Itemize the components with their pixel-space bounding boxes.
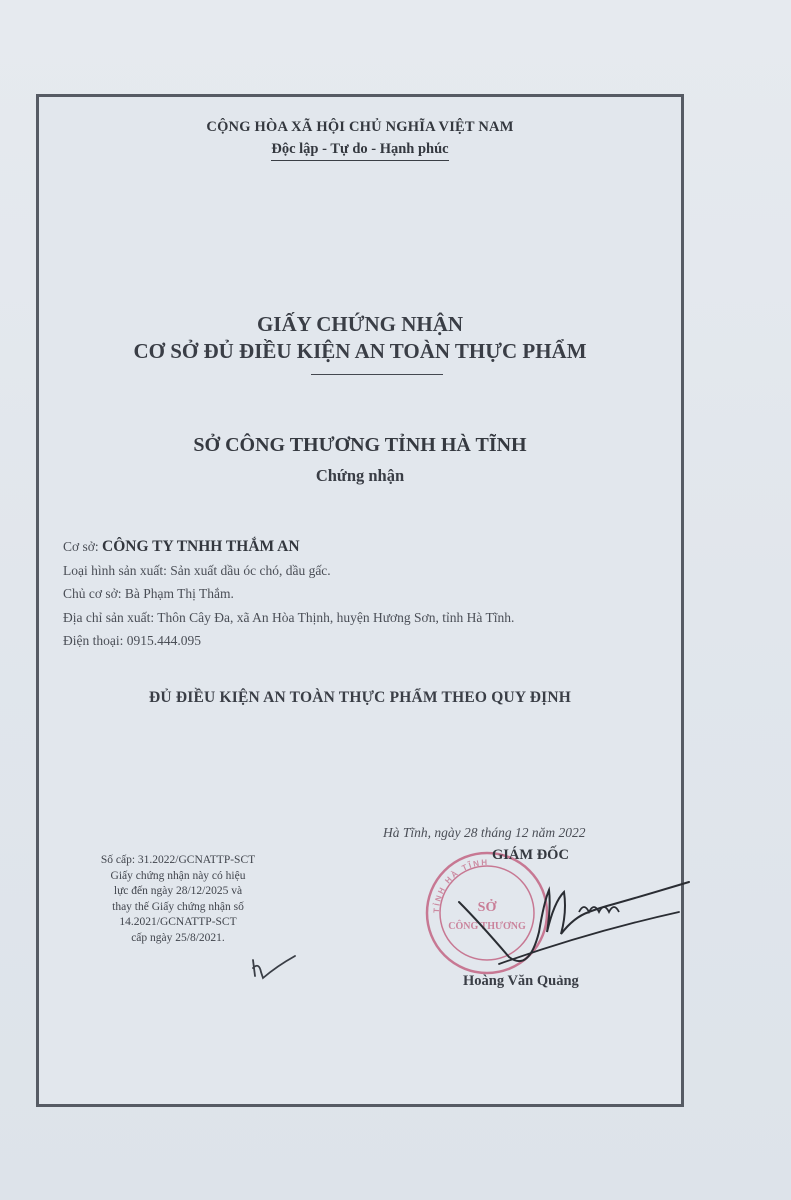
facility-info: Cơ sở: CÔNG TY TNHH THẮM AN Loại hình sả…: [63, 535, 683, 653]
issuance-number: Số cấp: 31.2022/GCNATTP-SCT: [63, 853, 293, 869]
address-row: Địa chỉ sản xuất: Thôn Cây Đa, xã An Hòa…: [63, 606, 683, 630]
director-signature-icon: [439, 862, 699, 972]
national-name: CỘNG HÒA XÃ HỘI CHỦ NGHĨA VIỆT NAM: [39, 119, 681, 136]
phone-row: Điện thoại: 0915.444.095: [63, 629, 683, 653]
signer-name: Hoàng Văn Quảng: [463, 973, 579, 990]
validity-line-2: lực đến ngày 28/12/2025 và: [63, 884, 293, 900]
facility-name-label: Cơ sở:: [63, 539, 99, 554]
production-type-label: Loại hình sản xuất:: [63, 563, 167, 578]
certificate-title-line2: CƠ SỞ ĐỦ ĐIỀU KIỆN AN TOÀN THỰC PHẨM: [39, 338, 681, 365]
issuing-department: SỞ CÔNG THƯƠNG TỈNH HÀ TĨNH: [39, 434, 681, 457]
owner-value: Bà Phạm Thị Thắm.: [125, 586, 234, 601]
production-type-value: Sản xuất dầu óc chó, dầu gấc.: [170, 563, 330, 578]
phone-label: Điện thoại:: [63, 633, 123, 648]
validity-line-1: Giấy chứng nhận này có hiệu: [63, 869, 293, 885]
address-value: Thôn Cây Đa, xã An Hòa Thịnh, huyện Hươn…: [157, 610, 514, 625]
phone-value: 0915.444.095: [127, 633, 201, 648]
facility-name-row: Cơ sở: CÔNG TY TNHH THẮM AN: [63, 535, 683, 559]
replacement-line-2: 14.2021/GCNATTP-SCT: [63, 915, 293, 931]
owner-row: Chủ cơ sở: Bà Phạm Thị Thắm.: [63, 582, 683, 606]
title-divider: [311, 374, 443, 375]
replacement-line-1: thay thế Giấy chứng nhận số: [63, 900, 293, 916]
production-type-row: Loại hình sản xuất: Sản xuất dầu óc chó,…: [63, 559, 683, 583]
certificate-title-line1: GIẤY CHỨNG NHẬN: [39, 311, 681, 338]
certifies-label: Chứng nhận: [39, 466, 681, 486]
certificate-title: GIẤY CHỨNG NHẬN CƠ SỞ ĐỦ ĐIỀU KIỆN AN TO…: [39, 311, 681, 365]
certificate-frame: CỘNG HÒA XÃ HỘI CHỦ NGHĨA VIỆT NAM Độc l…: [36, 94, 684, 1107]
address-label: Địa chỉ sản xuất:: [63, 610, 154, 625]
place-and-date: Hà Tĩnh, ngày 28 tháng 12 năm 2022: [383, 825, 586, 841]
facility-name-value: CÔNG TY TNHH THẮM AN: [102, 538, 300, 555]
owner-label: Chủ cơ sở:: [63, 586, 122, 601]
replacement-line-3: cấp ngày 25/8/2021.: [63, 931, 293, 947]
issuance-note: Số cấp: 31.2022/GCNATTP-SCT Giấy chứng n…: [63, 853, 293, 946]
initials-mark-icon: [249, 952, 299, 982]
certification-verdict: ĐỦ ĐIỀU KIỆN AN TOÀN THỰC PHẨM THEO QUY …: [39, 689, 681, 707]
director-position: GIÁM ĐỐC: [492, 847, 569, 864]
national-motto: Độc lập - Tự do - Hạnh phúc: [39, 141, 681, 161]
